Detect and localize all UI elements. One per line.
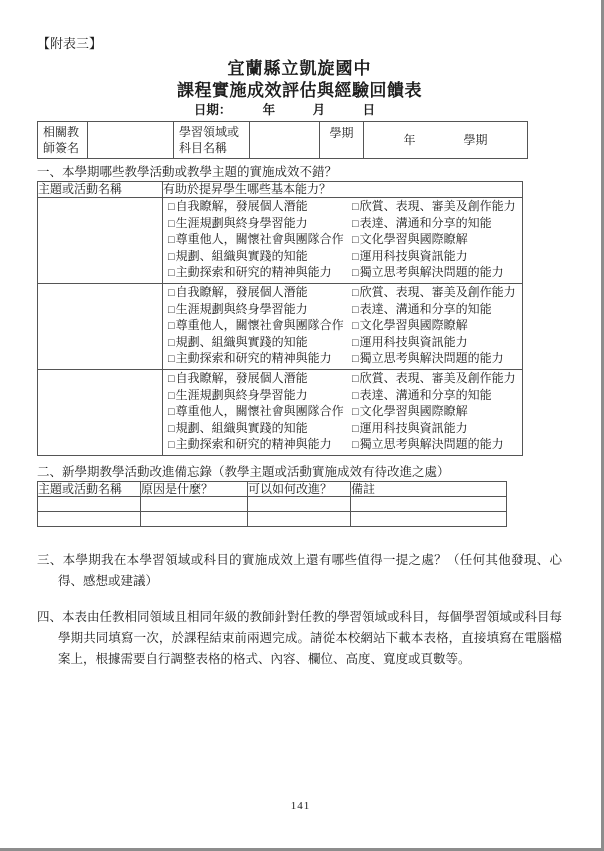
ability-checkbox-item[interactable]: □欣賞、表現、審美及創作能力 xyxy=(352,199,516,213)
ability-line: □尊重他人，關懷社會與團隊合作□文化學習與國際瞭解 xyxy=(168,404,522,421)
ability-checkbox-item[interactable]: □生涯規劃與終身學習能力 xyxy=(168,216,352,233)
abilities-cell: □自我瞭解，發展個人潛能□欣賞、表現、審美及創作能力□生涯規劃與終身學習能力□表… xyxy=(163,283,523,369)
page-number: 141 xyxy=(0,800,601,812)
teacher-sign-input-cell[interactable] xyxy=(88,122,174,159)
checkbox-icon[interactable]: □ xyxy=(352,438,359,454)
checkbox-icon[interactable]: □ xyxy=(168,233,175,249)
checkbox-icon[interactable]: □ xyxy=(352,200,359,216)
checkbox-icon[interactable]: □ xyxy=(352,405,359,421)
topic-input-cell[interactable] xyxy=(38,283,163,369)
form-page: 【附表三】 宜蘭縣立凱旋國中 課程實施成效評估與經驗回饋表 日期： 年 月 日 … xyxy=(0,0,604,851)
memo-empty-row xyxy=(38,511,507,526)
memo-input-cell[interactable] xyxy=(38,496,141,511)
memo-header-row: 主題或活動名稱 原因是什麼？ 可以如何改進？ 備註 xyxy=(38,481,507,496)
date-line: 日期： 年 月 日 xyxy=(37,102,532,118)
memo-improve-header: 可以如何改進？ xyxy=(248,481,351,496)
checkbox-icon[interactable]: □ xyxy=(352,389,359,405)
checkbox-icon[interactable]: □ xyxy=(168,266,175,282)
memo-input-cell[interactable] xyxy=(38,511,141,526)
checkbox-icon[interactable]: □ xyxy=(168,422,175,438)
ability-line: □自我瞭解，發展個人潛能□欣賞、表現、審美及創作能力 xyxy=(168,199,522,216)
ability-checkbox-item[interactable]: □獨立思考與解決問題的能力 xyxy=(352,351,504,365)
abilities-cell: □自我瞭解，發展個人潛能□欣賞、表現、審美及創作能力□生涯規劃與終身學習能力□表… xyxy=(163,369,523,455)
ability-line: □自我瞭解，發展個人潛能□欣賞、表現、審美及創作能力 xyxy=(168,285,522,302)
ability-line: □主動探索和研究的精神與能力□獨立思考與解決問題的能力 xyxy=(168,265,522,282)
ability-line: □主動探索和研究的精神與能力□獨立思考與解決問題的能力 xyxy=(168,437,522,454)
ability-checkbox-item[interactable]: □尊重他人，關懷社會與團隊合作 xyxy=(168,318,352,335)
ability-line: □生涯規劃與終身學習能力□表達、溝通和分享的知能 xyxy=(168,302,522,319)
ability-line: □規劃、組織與實踐的知能□運用科技與資訊能力 xyxy=(168,335,522,352)
ability-checkbox-item[interactable]: □規劃、組織與實踐的知能 xyxy=(168,421,352,438)
effectiveness-row: □自我瞭解，發展個人潛能□欣賞、表現、審美及創作能力□生涯規劃與終身學習能力□表… xyxy=(38,283,523,369)
ability-checkbox-item[interactable]: □尊重他人，關懷社會與團隊合作 xyxy=(168,404,352,421)
ability-checkbox-item[interactable]: □規劃、組織與實踐的知能 xyxy=(168,335,352,352)
effectiveness-header-row: 主題或活動名稱 有助於提昇學生哪些基本能力？ xyxy=(38,182,523,198)
ability-checkbox-item[interactable]: □運用科技與資訊能力 xyxy=(352,249,468,263)
checkbox-icon[interactable]: □ xyxy=(168,372,175,388)
ability-checkbox-item[interactable]: □規劃、組織與實踐的知能 xyxy=(168,249,352,266)
memo-input-cell[interactable] xyxy=(141,496,248,511)
memo-topic-header: 主題或活動名稱 xyxy=(38,481,141,496)
ability-line: □規劃、組織與實踐的知能□運用科技與資訊能力 xyxy=(168,421,522,438)
checkbox-icon[interactable]: □ xyxy=(168,336,175,352)
semester-label: 學期 xyxy=(320,122,364,159)
memo-note-header: 備註 xyxy=(351,481,507,496)
ability-checkbox-item[interactable]: □運用科技與資訊能力 xyxy=(352,335,468,349)
checkbox-icon[interactable]: □ xyxy=(168,286,175,302)
checkbox-icon[interactable]: □ xyxy=(352,422,359,438)
checkbox-icon[interactable]: □ xyxy=(168,319,175,335)
ability-checkbox-item[interactable]: □表達、溝通和分享的知能 xyxy=(352,216,492,230)
ability-checkbox-item[interactable]: □尊重他人，關懷社會與團隊合作 xyxy=(168,232,352,249)
checkbox-icon[interactable]: □ xyxy=(168,303,175,319)
checkbox-icon[interactable]: □ xyxy=(168,389,175,405)
ability-checkbox-item[interactable]: □文化學習與國際瞭解 xyxy=(352,318,468,332)
ability-line: □主動探索和研究的精神與能力□獨立思考與解決問題的能力 xyxy=(168,351,522,368)
checkbox-icon[interactable]: □ xyxy=(168,250,175,266)
subject-label: 學習領域或科目名稱 xyxy=(174,122,250,159)
section2-heading: 二、新學期教學活動改進備忘錄（教學主題或活動實施成效有待改進之處） xyxy=(37,464,562,481)
checkbox-icon[interactable]: □ xyxy=(168,200,175,216)
section4-text: 四、本表由任教相同領域且相同年級的教師針對任教的學習領域或科目，每個學習領域或科… xyxy=(37,607,562,670)
topic-column-header: 主題或活動名稱 xyxy=(38,182,163,198)
semester-value-cell[interactable]: 年 學期 xyxy=(364,122,528,159)
memo-empty-row xyxy=(38,496,507,511)
ability-checkbox-item[interactable]: □主動探索和研究的精神與能力 xyxy=(168,437,352,454)
topic-input-cell[interactable] xyxy=(38,369,163,455)
subject-input-cell[interactable] xyxy=(250,122,320,159)
ability-checkbox-item[interactable]: □獨立思考與解決問題的能力 xyxy=(352,265,504,279)
checkbox-icon[interactable]: □ xyxy=(352,319,359,335)
effectiveness-table-body: □自我瞭解，發展個人潛能□欣賞、表現、審美及創作能力□生涯規劃與終身學習能力□表… xyxy=(38,198,523,456)
ability-checkbox-item[interactable]: □欣賞、表現、審美及創作能力 xyxy=(352,371,516,385)
ability-checkbox-item[interactable]: □主動探索和研究的精神與能力 xyxy=(168,265,352,282)
memo-input-cell[interactable] xyxy=(351,511,507,526)
checkbox-icon[interactable]: □ xyxy=(352,372,359,388)
memo-input-cell[interactable] xyxy=(141,511,248,526)
ability-checkbox-item[interactable]: □欣賞、表現、審美及創作能力 xyxy=(352,285,516,299)
page-title: 課程實施成效評估與經驗回饋表 xyxy=(37,80,562,102)
checkbox-icon[interactable]: □ xyxy=(168,352,175,368)
ability-checkbox-item[interactable]: □自我瞭解，發展個人潛能 xyxy=(168,285,352,302)
checkbox-icon[interactable]: □ xyxy=(352,266,359,282)
checkbox-icon[interactable]: □ xyxy=(352,352,359,368)
checkbox-icon[interactable]: □ xyxy=(352,336,359,352)
abilities-column-header: 有助於提昇學生哪些基本能力？ xyxy=(163,182,523,198)
ability-line: □尊重他人，關懷社會與團隊合作□文化學習與國際瞭解 xyxy=(168,232,522,249)
info-table-row: 相關教師簽名 學習領域或科目名稱 學期 年 學期 xyxy=(38,122,528,159)
ability-line: □自我瞭解，發展個人潛能□欣賞、表現、審美及創作能力 xyxy=(168,371,522,388)
ability-checkbox-item[interactable]: □自我瞭解，發展個人潛能 xyxy=(168,199,352,216)
checkbox-icon[interactable]: □ xyxy=(352,217,359,233)
ability-checkbox-item[interactable]: □文化學習與國際瞭解 xyxy=(352,232,468,246)
ability-line: □規劃、組織與實踐的知能□運用科技與資訊能力 xyxy=(168,249,522,266)
checkbox-icon[interactable]: □ xyxy=(352,286,359,302)
ability-checkbox-item[interactable]: □生涯規劃與終身學習能力 xyxy=(168,302,352,319)
effectiveness-table: 主題或活動名稱 有助於提昇學生哪些基本能力？ □自我瞭解，發展個人潛能□欣賞、表… xyxy=(37,181,523,456)
ability-checkbox-item[interactable]: □生涯規劃與終身學習能力 xyxy=(168,388,352,405)
section3-text: 三、本學期我在本學習領域或科目的實施成效上還有哪些值得一提之處？（任何其他發現、… xyxy=(37,550,562,592)
memo-input-cell[interactable] xyxy=(248,511,351,526)
checkbox-icon[interactable]: □ xyxy=(168,217,175,233)
improvement-memo-table: 主題或活動名稱 原因是什麼？ 可以如何改進？ 備註 xyxy=(37,481,507,527)
ability-checkbox-item[interactable]: □文化學習與國際瞭解 xyxy=(352,404,468,418)
abilities-cell: □自我瞭解，發展個人潛能□欣賞、表現、審美及創作能力□生涯規劃與終身學習能力□表… xyxy=(163,198,523,284)
info-table: 相關教師簽名 學習領域或科目名稱 學期 年 學期 xyxy=(37,121,528,159)
memo-input-cell[interactable] xyxy=(248,496,351,511)
ability-checkbox-item[interactable]: □主動探索和研究的精神與能力 xyxy=(168,351,352,368)
memo-reason-header: 原因是什麼？ xyxy=(141,481,248,496)
attachment-label: 【附表三】 xyxy=(37,36,562,51)
ability-checkbox-item[interactable]: □獨立思考與解決問題的能力 xyxy=(352,437,504,451)
school-name: 宜蘭縣立凱旋國中 xyxy=(37,58,562,80)
ability-checkbox-item[interactable]: □表達、溝通和分享的知能 xyxy=(352,302,492,316)
topic-input-cell[interactable] xyxy=(38,198,163,284)
ability-line: □生涯規劃與終身學習能力□表達、溝通和分享的知能 xyxy=(168,216,522,233)
teacher-sign-label: 相關教師簽名 xyxy=(38,122,88,159)
checkbox-icon[interactable]: □ xyxy=(352,250,359,266)
ability-checkbox-item[interactable]: □自我瞭解，發展個人潛能 xyxy=(168,371,352,388)
ability-line: □生涯規劃與終身學習能力□表達、溝通和分享的知能 xyxy=(168,388,522,405)
effectiveness-row: □自我瞭解，發展個人潛能□欣賞、表現、審美及創作能力□生涯規劃與終身學習能力□表… xyxy=(38,198,523,284)
effectiveness-row: □自我瞭解，發展個人潛能□欣賞、表現、審美及創作能力□生涯規劃與終身學習能力□表… xyxy=(38,369,523,455)
section1-heading: 一、本學期哪些教學活動或教學主題的實施成效不錯？ xyxy=(37,164,562,181)
ability-checkbox-item[interactable]: □運用科技與資訊能力 xyxy=(352,421,468,435)
ability-checkbox-item[interactable]: □表達、溝通和分享的知能 xyxy=(352,388,492,402)
checkbox-icon[interactable]: □ xyxy=(168,405,175,421)
memo-input-cell[interactable] xyxy=(351,496,507,511)
checkbox-icon[interactable]: □ xyxy=(352,233,359,249)
checkbox-icon[interactable]: □ xyxy=(168,438,175,454)
checkbox-icon[interactable]: □ xyxy=(352,303,359,319)
ability-line: □尊重他人，關懷社會與團隊合作□文化學習與國際瞭解 xyxy=(168,318,522,335)
memo-table-body xyxy=(38,496,507,526)
